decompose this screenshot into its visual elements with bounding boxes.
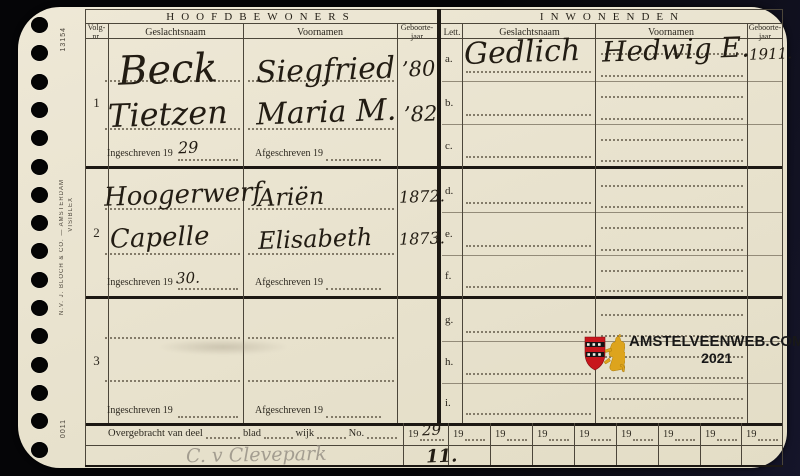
grid-line: [403, 423, 404, 465]
block-number-3: 3: [85, 353, 108, 369]
header-volgnr-line1: Volg-: [88, 23, 106, 32]
writing-line: [601, 314, 743, 316]
writing-line: [601, 398, 743, 400]
writing-line: [601, 118, 743, 120]
grid-line: [85, 23, 783, 24]
card: 13154 VISIBLEX N.V. J. BLOCH & CO. — AMS…: [18, 7, 787, 468]
binder-hole: [31, 45, 48, 61]
afgeschreven-label-3: Afgeschreven 19: [255, 405, 323, 416]
section-title-inwonenden: INWONENDEN: [442, 11, 783, 23]
year-cell-prefix: 19: [579, 429, 590, 440]
amstelveen-crest-icon: [583, 334, 625, 374]
grid-line: [108, 23, 109, 423]
binder-hole: [31, 300, 48, 316]
blad-label: blad: [243, 428, 261, 439]
binder-hole: [31, 385, 48, 401]
hw-surname-a: Gedlich: [463, 33, 580, 72]
writing-line: [601, 417, 743, 419]
header-volgnr-line2: nr.: [92, 32, 100, 41]
hw-firstnames-1b: Maria M.: [255, 93, 396, 133]
writing-line: [326, 288, 381, 290]
row-letter-c: c.: [445, 140, 453, 152]
hw-ingeschreven-1: 29: [178, 138, 199, 158]
binder-hole: [31, 17, 48, 33]
writing-line: [591, 439, 611, 441]
year-cell-prefix: 19: [663, 429, 674, 440]
binder-hole: [31, 102, 48, 118]
writing-line: [178, 416, 238, 418]
writing-line: [549, 439, 569, 441]
hw-year-1a: ’80: [402, 56, 436, 81]
hw-number-below: 11.: [426, 445, 458, 467]
binder-hole: [31, 187, 48, 203]
row-letter-e: e.: [445, 228, 453, 240]
hw-pencil-note: C. v Clevepark: [186, 443, 327, 467]
watermark-text: AMSTELVEENWEB.COM 2021: [629, 334, 800, 366]
hw-firstnames-a: Hedwig E.: [601, 30, 750, 68]
section-divider: [437, 9, 441, 423]
year-cell-prefix: 19: [537, 429, 548, 440]
binder-hole: [31, 413, 48, 429]
binder-hole: [31, 215, 48, 231]
ingeschreven-label-1: Ingeschreven 19: [107, 148, 173, 159]
writing-line: [206, 427, 240, 439]
writing-line: [601, 206, 743, 208]
binder-hole: [31, 328, 48, 344]
writing-line: [601, 75, 743, 77]
writing-line: [367, 427, 397, 439]
header-firstnames-left: Voornamen: [243, 27, 397, 38]
watermark: AMSTELVEENWEB.COM 2021: [583, 334, 800, 374]
writing-line: [601, 139, 743, 141]
grid-line: [490, 423, 491, 465]
writing-line: [466, 413, 591, 415]
afgeschreven-label-1: Afgeschreven 19: [255, 148, 323, 159]
ingeschreven-label-2: Ingeschreven 19: [107, 277, 173, 288]
grid-line: [85, 9, 783, 10]
writing-line: [466, 286, 591, 288]
binder-hole: [31, 357, 48, 373]
printer-brand-vertical: VISIBLEX: [68, 197, 74, 232]
transfer-row: Overgebracht van deel blad wijk No.: [108, 427, 400, 439]
writing-line: [601, 249, 743, 251]
year-cell-prefix: 19: [453, 429, 464, 440]
binder-hole: [31, 74, 48, 90]
row-letter-d: d.: [445, 185, 453, 197]
first-year-prefix: 19: [408, 429, 419, 440]
binder-hole: [31, 159, 48, 175]
writing-line: [466, 373, 591, 375]
writing-line: [178, 288, 238, 290]
writing-line: [326, 416, 381, 418]
writing-line: [326, 159, 381, 161]
binder-hole: [31, 272, 48, 288]
stock-number-top: 13154: [60, 27, 67, 51]
grid-line: [397, 23, 398, 423]
year-cell-prefix: 19: [746, 429, 757, 440]
grid-line: [85, 296, 783, 299]
no-label: No.: [349, 428, 364, 439]
grid-line: [442, 383, 783, 384]
writing-line: [601, 227, 743, 229]
writing-line: [601, 96, 743, 98]
header-birthyear-right-line1: Geboorte-: [749, 23, 781, 32]
writing-line: [466, 114, 591, 116]
writing-line: [466, 202, 591, 204]
header-lett: Lett.: [440, 27, 464, 37]
wijk-label: wijk: [296, 428, 315, 439]
stock-number-bottom: 0011: [60, 419, 67, 438]
hw-ingeschreven-2: 30.: [176, 269, 200, 288]
grid-line: [616, 423, 617, 465]
writing-line: [465, 439, 485, 441]
grid-line: [574, 423, 575, 465]
grid-line: [442, 124, 783, 125]
header-surname-left: Geslachtsnaam: [108, 27, 243, 38]
hw-year-1b: ’82: [404, 101, 438, 126]
hw-first-year: 29: [422, 421, 442, 440]
binder-hole: [31, 442, 48, 458]
grid-line: [782, 9, 783, 465]
writing-line: [466, 245, 591, 247]
writing-line: [105, 380, 240, 382]
grid-line: [658, 423, 659, 465]
scanned-register-card: 13154 VISIBLEX N.V. J. BLOCH & CO. — AMS…: [0, 0, 800, 476]
binder-hole: [31, 243, 48, 259]
grid-line: [741, 423, 742, 465]
writing-line: [248, 380, 394, 382]
grid-line: [243, 23, 244, 423]
row-letter-b: b.: [445, 97, 453, 109]
writing-line: [601, 290, 743, 292]
grid-line: [532, 423, 533, 465]
writing-line: [601, 270, 743, 272]
year-cell-prefix: 19: [621, 429, 632, 440]
grid-line: [442, 81, 783, 82]
row-letter-i: i.: [445, 397, 451, 409]
writing-line: [178, 159, 238, 161]
hw-surname-1b: Tietzen: [107, 93, 228, 135]
hw-firstnames-1a: Siegfried: [255, 51, 395, 91]
writing-line: [466, 156, 591, 158]
printer-name-vertical: N.V. J. BLOCH & CO. — AMSTERDAM: [59, 179, 65, 315]
year-cell-prefix: 19: [495, 429, 506, 440]
header-birthyear-right-line2: jaar: [759, 32, 771, 41]
grid-line: [442, 255, 783, 256]
binder-hole: [31, 130, 48, 146]
row-letter-f: f.: [445, 270, 451, 282]
hw-surname-2a: Hoogerwerf: [104, 177, 263, 213]
afgeschreven-label-2: Afgeschreven 19: [255, 277, 323, 288]
writing-line: [507, 439, 527, 441]
writing-line: [420, 439, 444, 441]
hw-surname-1a: Beck: [117, 45, 218, 94]
writing-line: [633, 439, 653, 441]
row-letter-g: g.: [445, 314, 453, 326]
header-birthyear-left-line1: Geboorte-: [401, 23, 433, 32]
grid-line: [462, 23, 463, 423]
ingeschreven-label-3: Ingeschreven 19: [107, 405, 173, 416]
writing-line: [717, 439, 737, 441]
watermark-year: 2021: [629, 351, 800, 366]
transfer-label: Overgebracht van deel: [108, 428, 203, 439]
writing-line: [601, 377, 743, 379]
watermark-site: AMSTELVEENWEB.COM: [629, 334, 800, 351]
writing-line: [601, 185, 743, 187]
row-letter-a: a.: [445, 53, 453, 65]
header-birthyear-left-line2: jaar: [411, 32, 423, 41]
writing-line: [466, 331, 591, 333]
hw-firstnames-2a: Ariën: [258, 182, 325, 212]
hw-firstnames-2b: Elisabeth: [258, 223, 373, 255]
writing-line: [264, 427, 292, 439]
erased-pencil-smudge: [158, 339, 288, 355]
writing-line: [675, 439, 695, 441]
lion-icon: [604, 334, 625, 372]
writing-line: [317, 427, 345, 439]
grid-line: [442, 212, 783, 213]
grid-line: [700, 423, 701, 465]
row-letter-h: h.: [445, 356, 453, 368]
writing-line: [758, 439, 778, 441]
writing-line: [601, 160, 743, 162]
hw-year-2b: 1873.: [399, 228, 445, 249]
hw-year-2a: 1872.: [399, 186, 445, 207]
block-number-1: 1: [85, 95, 108, 111]
hw-year-a: 1911.: [749, 44, 793, 63]
year-cell-prefix: 19: [705, 429, 716, 440]
hw-surname-2b: Capelle: [110, 221, 210, 254]
grid-line: [85, 166, 783, 169]
section-title-hoofdbewoners: HOOFDBEWONERS: [85, 11, 437, 23]
block-number-2: 2: [85, 225, 108, 241]
